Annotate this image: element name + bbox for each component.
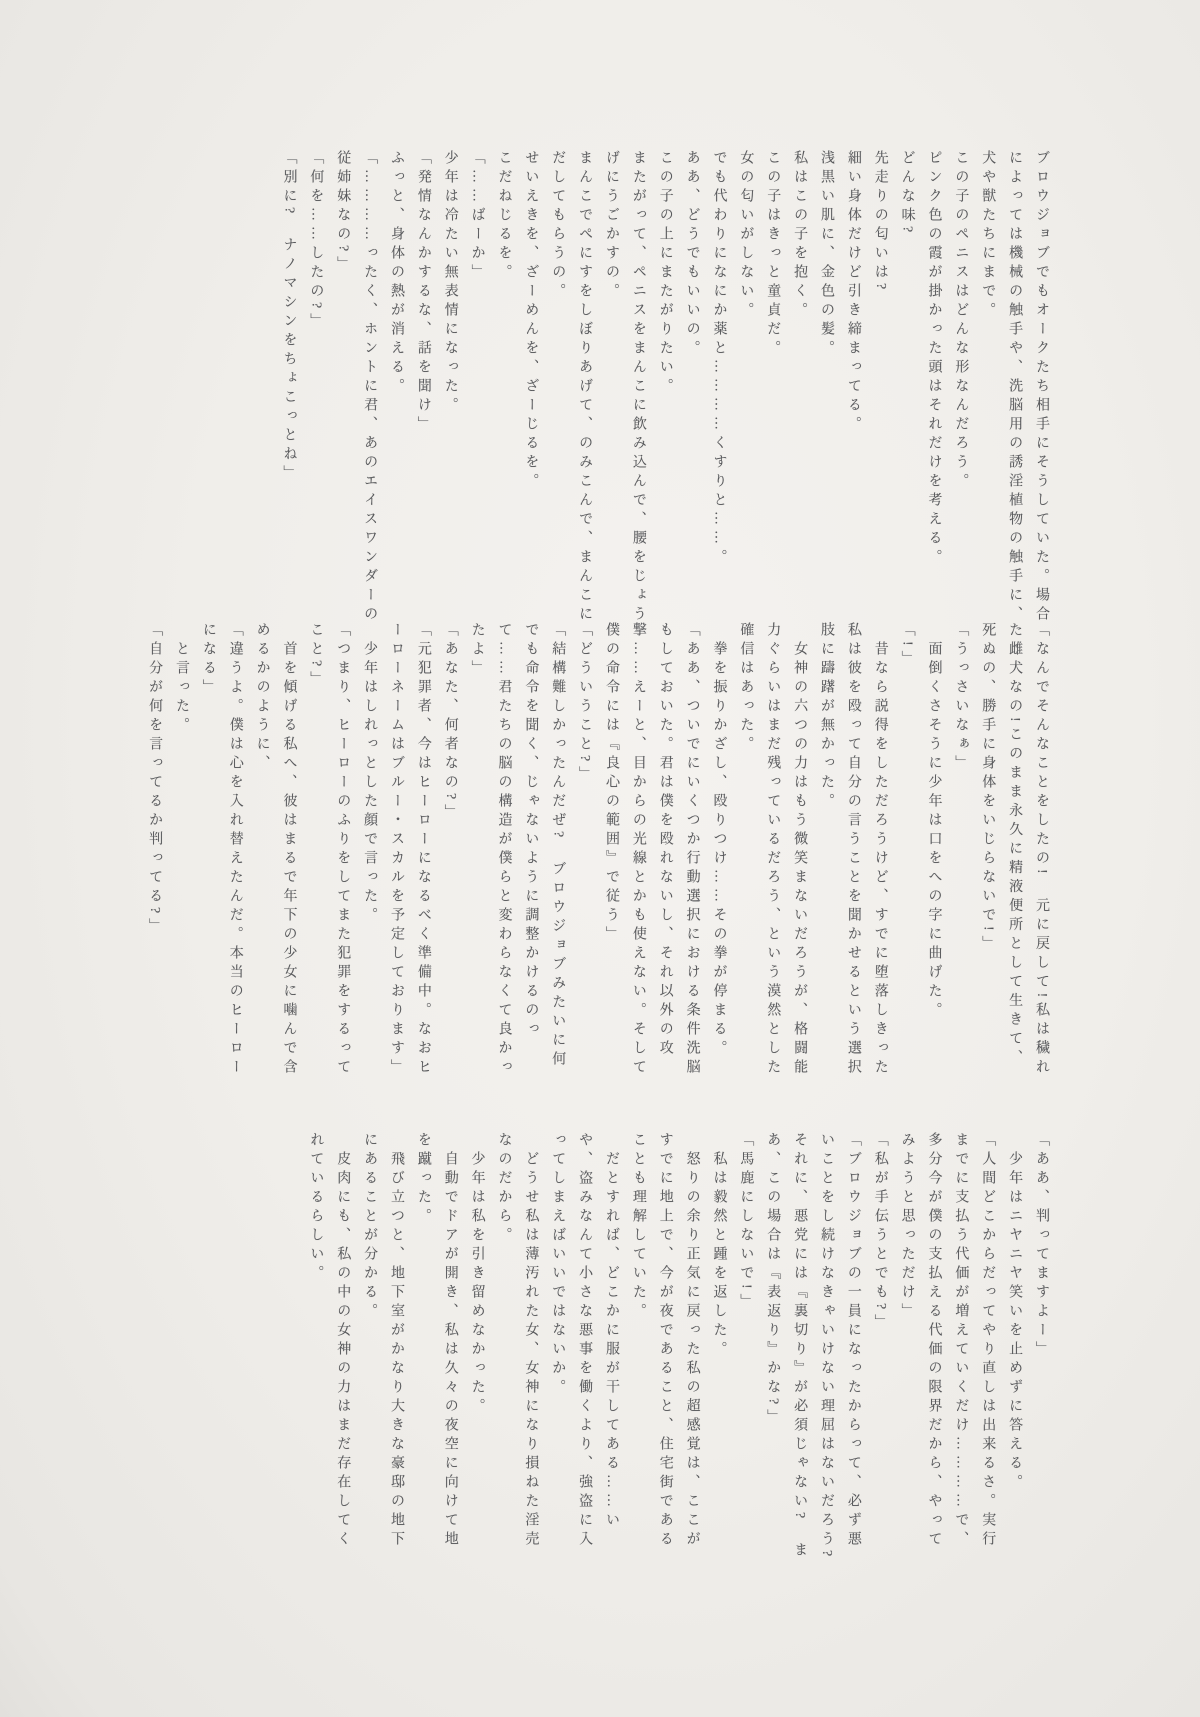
paragraph: 少年はニヤニヤ笑いを止めずに答える。: [1000, 1132, 1027, 1568]
paragraph: 「なんでそんなことをしたの! 元に戻して!私は穢れた雌犬なの!このまま永久に精液…: [973, 622, 1054, 1084]
paragraph: 首を傾げる私へ、彼はまるで年下の少女に噛んで含めるかのように、: [248, 622, 302, 1084]
paragraph: ああ、どうでもいいの。: [678, 150, 705, 628]
paragraph: と言った。: [167, 622, 194, 1084]
paragraph: 「つまり、ヒーローのふりをしてまた犯罪をするってこと?」: [302, 622, 356, 1084]
paragraph: こだねじるを。: [490, 150, 517, 628]
paragraph: ブロウジョブでもオークたち相手にそうしていた。場合によっては機械の触手や、洗脳用…: [973, 150, 1054, 628]
paragraph: 自動でドアが開き、私は久々の夜空に向けて地を蹴った。: [409, 1132, 463, 1568]
paragraph: 「…………ったく、ホントに君、あのエイスワンダーの従姉妹なの?」: [328, 150, 382, 628]
paragraph: 「自分が何を言ってるか判ってる?」: [140, 622, 167, 1084]
paragraph: 昔なら説得をしただろうけど、すでに堕落しきった私は彼を殴って自分の言うことを聞か…: [812, 622, 893, 1084]
paragraph: 拳を振りかざし、殴りつけ……その拳が停まる。: [705, 622, 732, 1084]
paragraph: 「元犯罪者、今はヒーローになるべく準備中。なおヒーローネームはブルー・スカルを予…: [382, 622, 436, 1084]
paragraph: 飛び立つと、地下室がかなり大きな豪邸の地下にあることが分かる。: [355, 1132, 409, 1568]
text-band-top: ブロウジョブでもオークたち相手にそうしていた。場合によっては機械の触手や、洗脳用…: [275, 150, 1054, 628]
paragraph: 先走りの匂いは?: [866, 150, 893, 628]
paragraph: 少年は私を引き留めなかった。: [463, 1132, 490, 1568]
paragraph: せいえきを、ざーめんを、ざーじるを。: [517, 150, 544, 628]
paragraph: 女神の六つの力はもう微笑まないだろうが、格闘能力ぐらいはまだ残っているだろう、と…: [732, 622, 813, 1084]
paragraph: この子の上にまたがりたい。: [651, 150, 678, 628]
paragraph: 「人間どこからだってやり直しは出来るさ。実行までに支払う代価が増えていくだけ………: [893, 1132, 1001, 1568]
paragraph: この子はきっと童貞だ。: [758, 150, 785, 628]
paragraph: 「別に? ナノマシンをちょこっとね」: [275, 150, 302, 628]
paragraph: だとすれば、どこかに服が干してある……いや、盗みなんて小さな悪事を働くより、強盗…: [543, 1132, 624, 1568]
paragraph: 「どういうこと?」: [570, 622, 597, 1084]
paragraph: 面倒くさそうに少年は口をへの字に曲げた。: [920, 622, 947, 1084]
paragraph: 「ブロウジョブの一員になったからって、必ず悪いことをし続けなきゃいけない理屈はな…: [758, 1132, 866, 1568]
paragraph: 「私が手伝うとでも?」: [866, 1132, 893, 1568]
paragraph: 細い身体だけど引き締まってる。: [839, 150, 866, 628]
paragraph: 「結構難しかったんだぜ? ブロウジョブみたいに何でも命令を聞く、じゃないように調…: [463, 622, 571, 1084]
paragraph: 少年はしれっとした顔で言った。: [355, 622, 382, 1084]
paragraph: 「何を……したの?」: [302, 150, 329, 628]
paragraph: 「……ばーか」: [463, 150, 490, 628]
paragraph: どうせ私は薄汚れた女、女神になり損ねた淫売なのだから。: [490, 1132, 544, 1568]
paragraph: 少年は冷たい無表情になった。: [436, 150, 463, 628]
paragraph: 怒りの余り正気に戻った私の超感覚は、ここがすでに地上で、今が夜であること、住宅街…: [624, 1132, 705, 1568]
paragraph: 「ああ、ついでにいくつか行動選択における条件洗脳もしておいた。君は僕を殴れないし…: [597, 622, 705, 1084]
paragraph: 「違うよ。僕は心を入れ替えたんだ。本当のヒーローになる」: [194, 622, 248, 1084]
paragraph: ピンク色の霞が掛かった頭はそれだけを考える。: [920, 150, 947, 628]
paragraph: 「あなた、何者なの?」: [436, 622, 463, 1084]
paragraph: まんこでぺにすをしぼりあげて、のみこんで、まんこにだしてもらうの。: [543, 150, 597, 628]
paragraph: この子のペニスはどんな形なんだろう。: [947, 150, 974, 628]
text-band-middle: 「なんでそんなことをしたの! 元に戻して!私は穢れた雌犬なの!このまま永久に精液…: [140, 622, 1054, 1084]
paragraph: 私は毅然と踵を返した。: [705, 1132, 732, 1568]
paragraph: 「ああ、判ってますよー」: [1027, 1132, 1054, 1568]
novel-page: ブロウジョブでもオークたち相手にそうしていた。場合によっては機械の触手や、洗脳用…: [0, 0, 1200, 1717]
paragraph: またがって、ペニスをまんこに飲み込んで、腰をじょうげにうごかすの。: [597, 150, 651, 628]
paragraph: 「うっさいなぁ」: [947, 622, 974, 1084]
paragraph: どんな味?: [893, 150, 920, 628]
paragraph: 「!」: [893, 622, 920, 1084]
paragraph: 「発情なんかするな、話を聞け」: [409, 150, 436, 628]
paragraph: ふっと、身体の熱が消える。: [382, 150, 409, 628]
text-band-bottom: 「ああ、判ってますよー」 少年はニヤニヤ笑いを止めずに答える。「人間どこからだっ…: [302, 1132, 1055, 1568]
paragraph: 浅黒い肌に、金色の髪。: [812, 150, 839, 628]
paragraph: 私はこの子を抱く。: [785, 150, 812, 628]
paragraph: 女の匂いがしない。: [732, 150, 759, 628]
paragraph: でも代わりになにか薬と…………くすりと……。: [705, 150, 732, 628]
paragraph: 皮肉にも、私の中の女神の力はまだ存在してくれているらしい。: [302, 1132, 356, 1568]
paragraph: 「馬鹿にしないで!」: [732, 1132, 759, 1568]
